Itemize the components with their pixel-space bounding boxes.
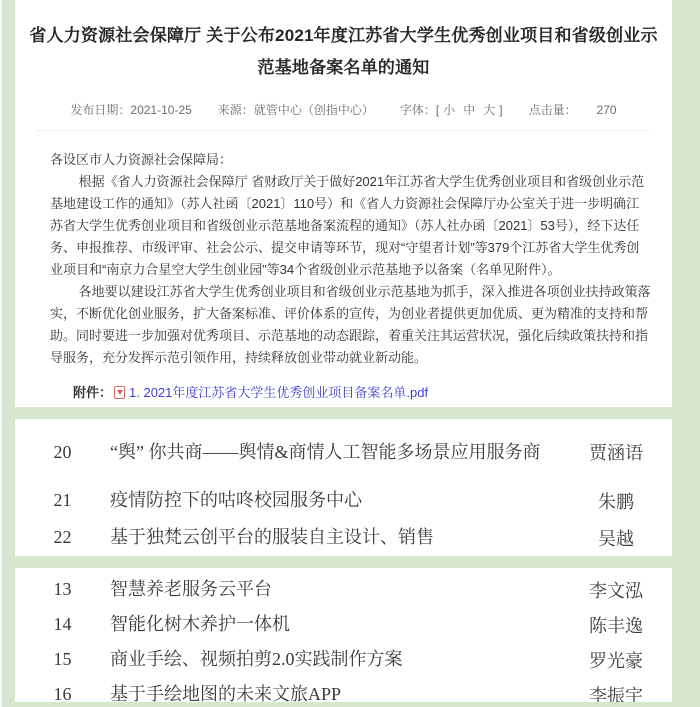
row-number: 22	[15, 527, 110, 548]
publish-date: 发布日期：2021-10-25	[70, 103, 191, 117]
pdf-icon	[114, 386, 125, 399]
row-number: 20	[15, 442, 110, 463]
font-size-large-button[interactable]: 大	[483, 103, 495, 117]
project-name: 基于独梵云创平台的服装自主设计、销售	[110, 524, 560, 551]
person-name: 贾涵语	[560, 439, 672, 465]
person-name: 罗光豪	[560, 647, 672, 673]
attachment-1: 1. 2021年度江苏省大学生优秀创业项目备案名单.pdf	[112, 379, 428, 406]
meta-divider	[37, 130, 650, 131]
font-size-control: 字体：[小中大]	[400, 103, 503, 117]
right-green-border	[672, 0, 700, 707]
project-name: 智能化树木养护一体机	[110, 611, 560, 638]
paragraph: 根据《省人力资源社会保障厅 省财政厅关于做好2021年江苏省大学生优秀创业项目和…	[50, 171, 652, 281]
row-number: 14	[15, 614, 110, 635]
person-name: 李文泓	[560, 577, 672, 603]
person-name: 朱鹏	[560, 488, 672, 514]
separator-band	[2, 702, 700, 707]
left-green-border	[2, 0, 15, 707]
project-name: 智慧养老服务云平台	[110, 576, 560, 603]
table-row: 13 智慧养老服务云平台 李文泓	[15, 572, 672, 607]
project-name: 疫情防控下的咕咚校园服务中心	[110, 487, 560, 514]
project-list-section-2: 13 智慧养老服务云平台 李文泓 14 智能化树木养护一体机 陈丰逸 15 商业…	[15, 568, 672, 702]
font-size-medium-button[interactable]: 中	[463, 103, 475, 117]
meta-bar: 发布日期：2021-10-25来源：就管中心（创指中心）字体：[小中大]点击量：…	[23, 101, 664, 118]
font-size-small-button[interactable]: 小	[443, 103, 455, 117]
row-number: 15	[15, 649, 110, 670]
project-name: 商业手绘、视频拍剪2.0实践制作方案	[110, 646, 560, 673]
table-row: 21 疫情防控下的咕咚校园服务中心 朱鹏	[15, 482, 672, 519]
notice-body: 各设区市人力资源社会保障局： 根据《省人力资源社会保障厅 省财政厅关于做好202…	[23, 149, 664, 369]
source: 来源：就管中心（创指中心）	[218, 103, 374, 117]
person-name: 吴越	[560, 525, 672, 551]
attachment-link-1[interactable]: 1. 2021年度江苏省大学生优秀创业项目备案名单.pdf	[129, 379, 428, 406]
notice-document: 省人力资源社会保障厅 关于公布2021年度江苏省大学生优秀创业项目和省级创业示范…	[15, 0, 672, 407]
project-list-section-1: 20 “舆” 你共商——舆情&商情人工智能多场景应用服务商 贾涵语 21 疫情防…	[15, 419, 672, 556]
view-count: 点击量：270	[529, 103, 617, 117]
project-name: “舆” 你共商——舆情&商情人工智能多场景应用服务商	[110, 439, 560, 466]
table-row: 15 商业手绘、视频拍剪2.0实践制作方案 罗光豪	[15, 642, 672, 677]
table-row: 14 智能化树木养护一体机 陈丰逸	[15, 607, 672, 642]
separator-band	[2, 407, 700, 419]
page: 省人力资源社会保障厅 关于公布2021年度江苏省大学生优秀创业项目和省级创业示范…	[0, 0, 700, 707]
separator-band	[2, 556, 700, 568]
table-row: 22 基于独梵云创平台的服装自主设计、销售 吴越	[15, 519, 672, 556]
person-name: 陈丰逸	[560, 612, 672, 638]
page-title: 省人力资源社会保障厅 关于公布2021年度江苏省大学生优秀创业项目和省级创业示范…	[23, 20, 664, 84]
row-number: 21	[15, 490, 110, 511]
paragraph: 各地要以建设江苏省大学生优秀创业项目和省级创业示范基地为抓手，深入推进各项创业扶…	[50, 281, 652, 369]
table-row: 20 “舆” 你共商——舆情&商情人工智能多场景应用服务商 贾涵语	[15, 422, 672, 482]
salutation: 各设区市人力资源社会保障局：	[50, 149, 652, 171]
row-number: 13	[15, 579, 110, 600]
